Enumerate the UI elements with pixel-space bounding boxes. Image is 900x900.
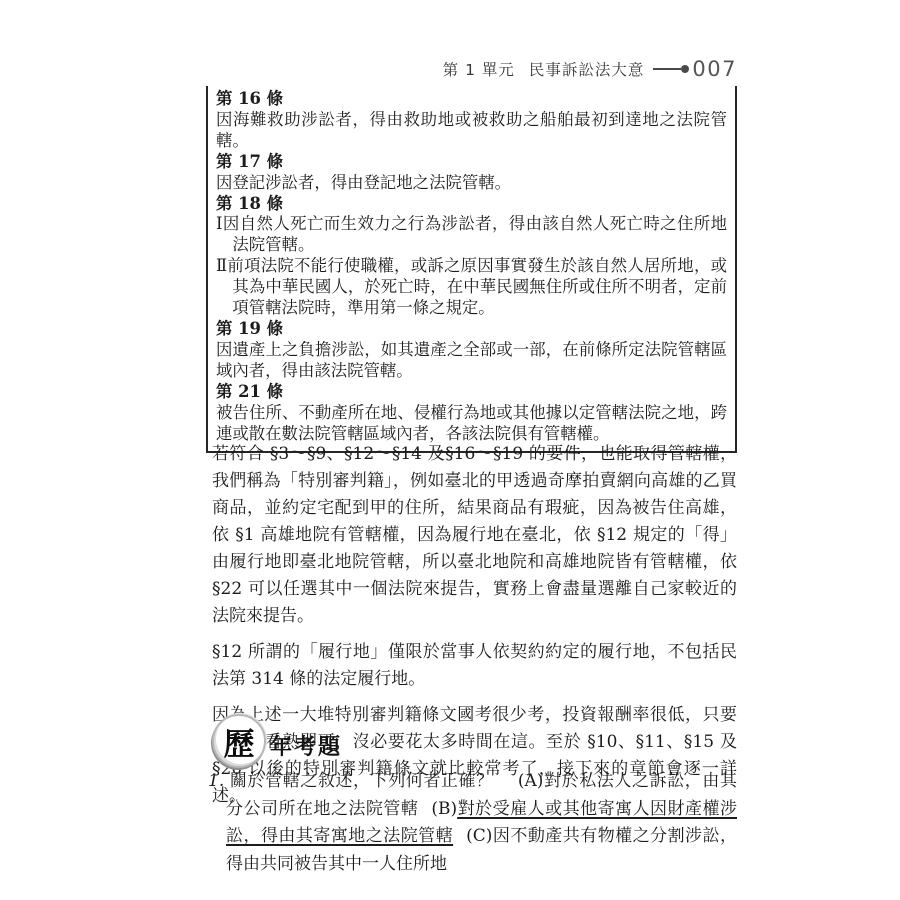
past-exams-heading: 歷 年考題: [212, 710, 342, 768]
question-number: 1.: [208, 771, 229, 791]
statute-box: 第 16 條因海難救助涉訟者，得由救助地或被救助之船舶最初到達地之法院管轄。第 …: [206, 86, 737, 453]
history-badge-icon: 歷: [212, 714, 266, 768]
header-bullet-icon: [681, 65, 689, 73]
option-label: (C): [466, 826, 492, 846]
article-title: 第 17 條: [216, 152, 727, 173]
article-title: 第 18 條: [216, 194, 727, 215]
commentary-paragraph: §12 所謂的「履行地」僅限於當事人依契約約定的履行地，不包括民法第 314 條…: [212, 639, 737, 693]
past-exams-heading-label: 年考題: [266, 730, 342, 768]
article-title: 第 16 條: [216, 89, 727, 110]
commentary-paragraph: 若符合 §3～§9、§12～§14 及§16～§19 的要件，也能取得管轄權，我…: [212, 441, 737, 630]
header-dash-line: [653, 68, 681, 71]
option-label: (A): [518, 771, 544, 791]
article-paragraph: 被告住所、不動產所在地、侵權行為地或其他據以定管轄法院之地，跨連或散在數法院管轄…: [216, 403, 727, 445]
article-paragraph: Ⅱ前項法院不能行使職權，或訴之原因事實發生於該自然人居所地，或其為中華民國人，於…: [216, 256, 727, 319]
book-page: 第 1 單元 民事訴訟法大意 007 第 16 條因海難救助涉訟者，得由救助地或…: [0, 0, 900, 900]
article-paragraph: 因遺產上之負擔涉訟，如其遺產之全部或一部，在前條所定法院管轄區域內者，得由該法院…: [216, 340, 727, 382]
badge-character: 歷: [224, 719, 255, 764]
option-label: (B): [431, 799, 457, 819]
article-paragraph: Ⅰ因自然人死亡而生效力之行為涉訟者，得由該自然人死亡時之住所地法院管轄。: [216, 214, 727, 256]
article-paragraph: 因登記涉訟者，得由登記地之法院管轄。: [216, 173, 727, 194]
question-list: 1.關於管轄之敘述，下列何者正確？(A)對於私法人之訴訟，由其分公司所在地之法院…: [208, 768, 737, 878]
page-number: 007: [692, 57, 737, 81]
article-title: 第 19 條: [216, 319, 727, 340]
exam-question: 1.關於管轄之敘述，下列何者正確？(A)對於私法人之訴訟，由其分公司所在地之法院…: [208, 768, 737, 878]
header-unit: 第 1 單元: [443, 58, 515, 80]
article-title: 第 21 條: [216, 382, 727, 403]
header-chapter-title: 民事訴訟法大意: [529, 58, 645, 80]
article-paragraph: 因海難救助涉訟者，得由救助地或被救助之船舶最初到達地之法院管轄。: [216, 110, 727, 152]
page-header: 第 1 單元 民事訴訟法大意 007: [0, 57, 737, 81]
question-stem: 關於管轄之敘述，下列何者正確？: [229, 771, 494, 791]
